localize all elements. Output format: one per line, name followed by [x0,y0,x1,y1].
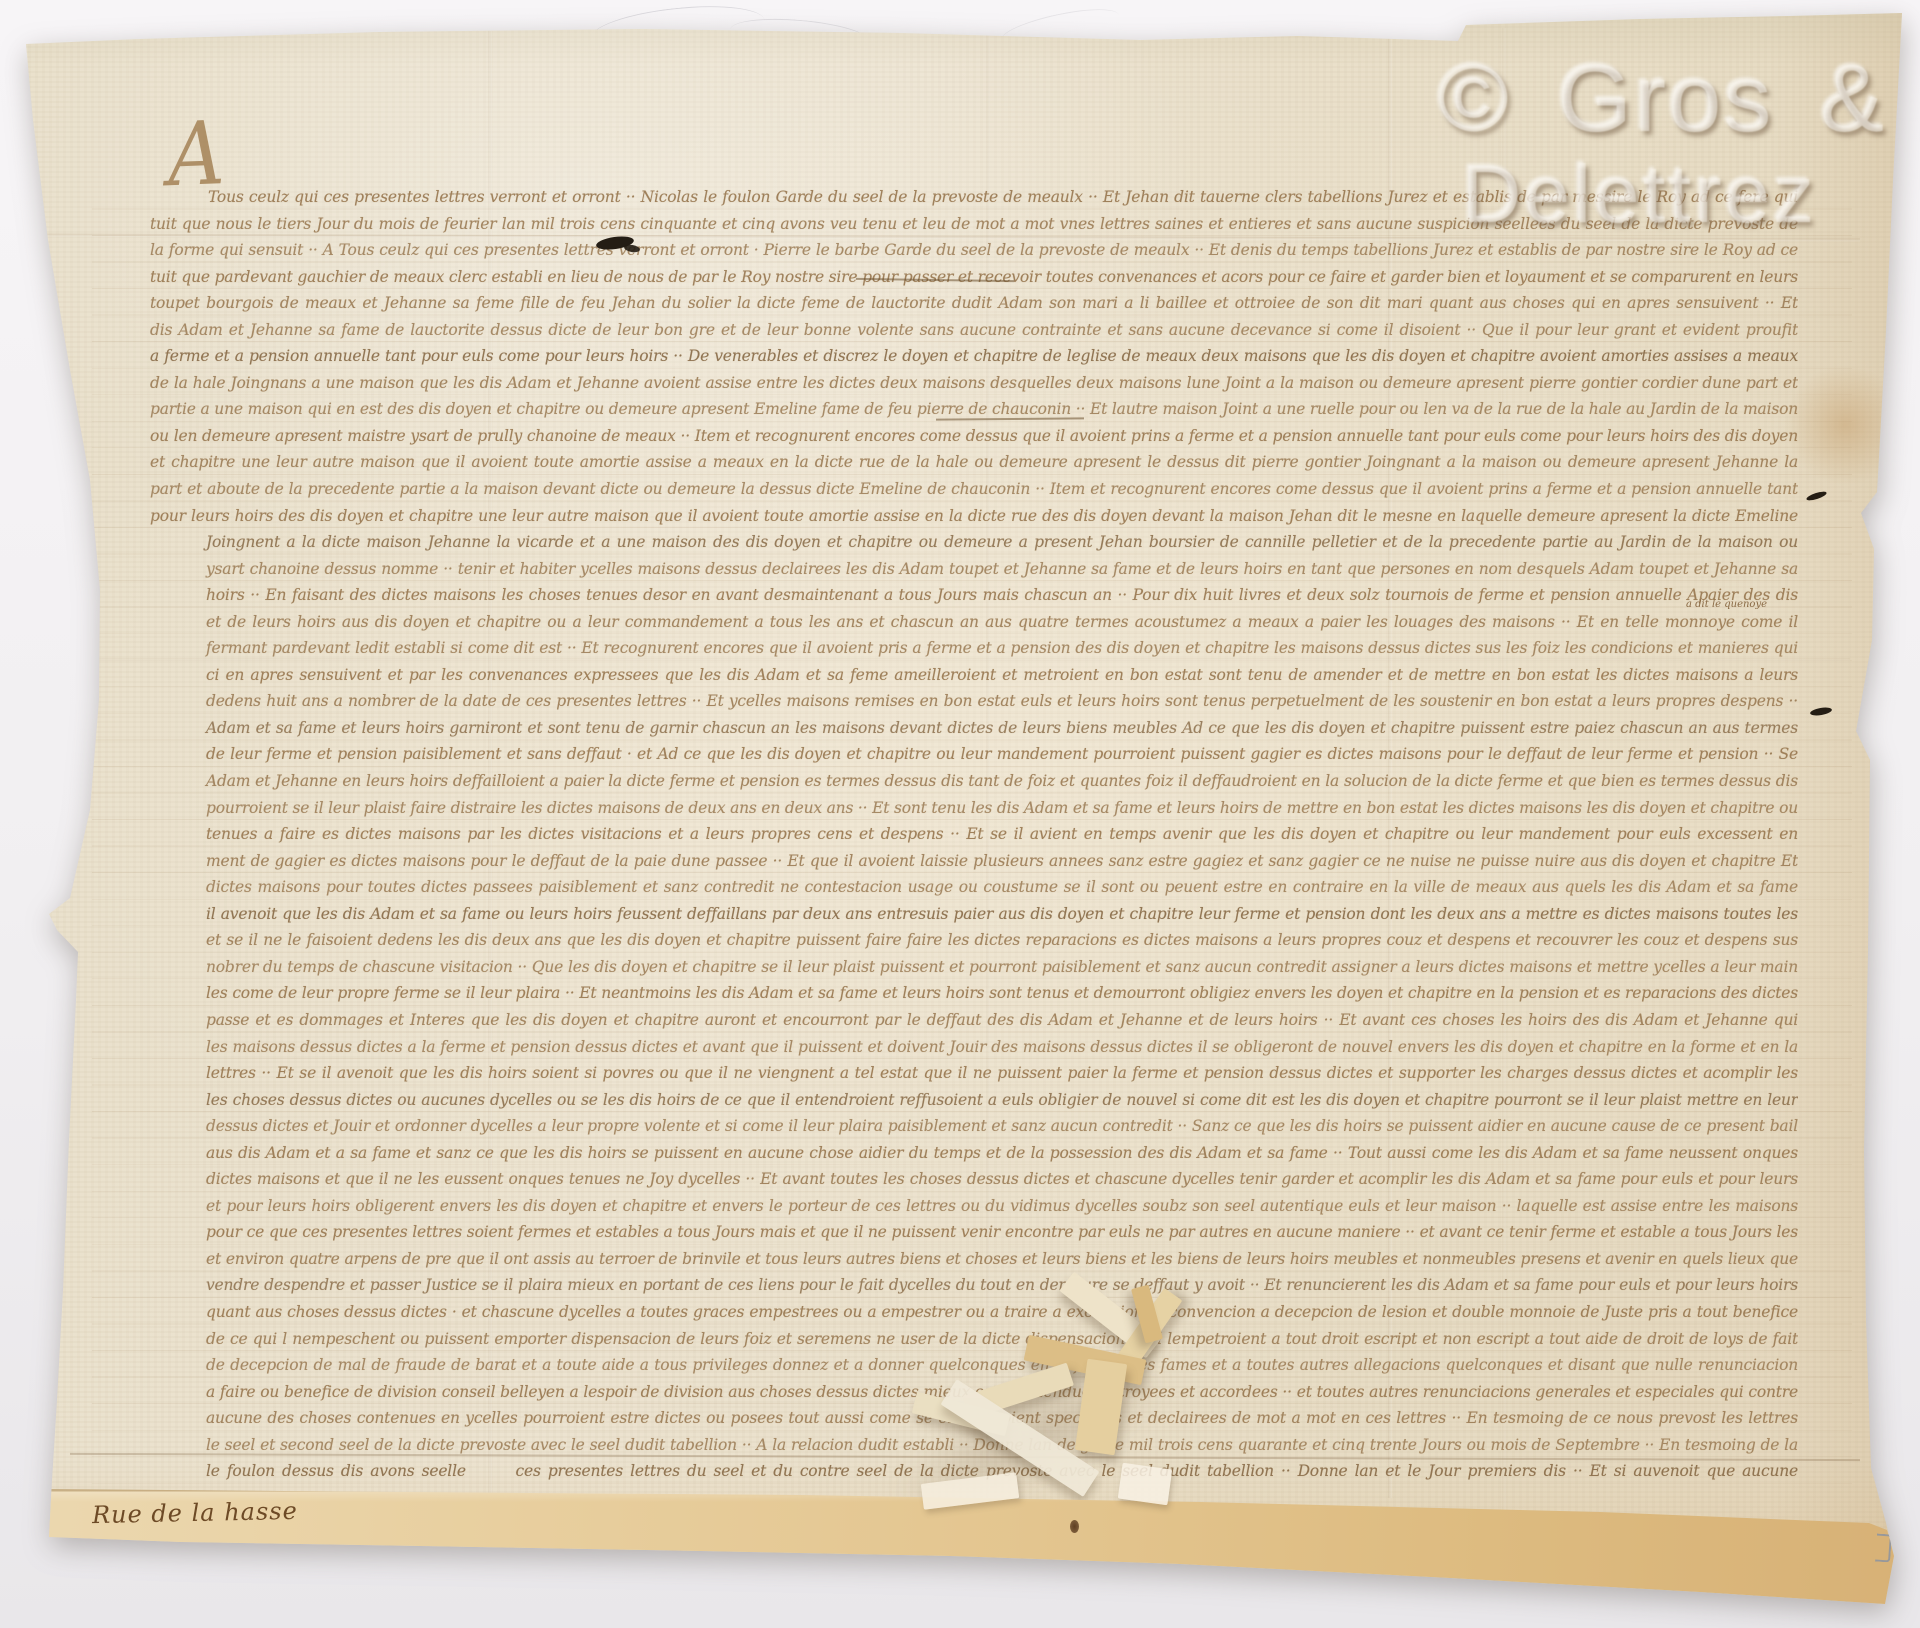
manuscript-line: dictes maisons et que il ne les eussent … [150,1166,1798,1193]
manuscript-line: les choses dessus dictes ou aucunes dyce… [150,1087,1798,1114]
manuscript-text: Tous ceulz qui ces presentes lettres ver… [150,184,1798,1485]
seal-tag-strip [1075,1359,1127,1456]
manuscript-line: dessus dictes et Jouir et ordonner dycel… [150,1113,1798,1140]
manuscript-line: tenues a faire es dictes maisons par les… [150,821,1798,848]
manuscript-line: dis Adam et Jehanne sa fame de lauctorit… [150,317,1798,344]
photo-stage: A Tous ceulz qui ces presentes lettres v… [0,0,1920,1628]
manuscript-line: ysart chanoine dessus nomme ·· tenir et … [150,556,1798,583]
manuscript-line: ment de gagier es dictes maisons pour le… [150,848,1798,875]
manuscript-line: ou len demeure apresent maistre ysart de… [150,423,1798,450]
manuscript-line: Adam et sa fame et leurs hoirs garniront… [150,715,1798,742]
manuscript-line: hoirs ·· En faisant des dictes maisons l… [150,582,1798,609]
manuscript-line: nobrer du temps de chascune visitacion ·… [150,954,1798,981]
manuscript-line: les maisons dessus dictes a la ferme et … [150,1034,1798,1061]
manuscript-line: Adam et Jehanne en leurs hoirs deffaillo… [150,768,1798,795]
manuscript-line: ci en apres sensuivent et par les conven… [150,662,1798,689]
manuscript-line: et chapitre une leur autre maison que il… [150,449,1798,476]
manuscript-line: dedens huit ans a nombrer de la date de … [150,688,1798,715]
manuscript-line: et de leurs hoirs aus dis doyen et chapi… [150,609,1798,636]
seal-tag-strip [1118,1463,1173,1506]
decorated-initial: A [167,110,226,200]
manuscript-line: et environ quatre arpens de pre que il o… [150,1246,1798,1273]
metal-clip [1875,1534,1892,1563]
manuscript-line: lettres ·· Et se il avenoit que les dis … [150,1060,1798,1087]
manuscript-line: tuit que pardevant gauchier de meaux cle… [150,264,1798,291]
manuscript-line: de leur ferme et pension paisiblement et… [150,741,1798,768]
manuscript-line: passe et es dommages et Interes que les … [150,1007,1798,1034]
parchment-charter: A Tous ceulz qui ces presentes lettres v… [0,0,1920,1628]
manuscript-line: pourroient se il leur plaist faire distr… [150,795,1798,822]
manuscript-line: dictes maisons pour toutes dictes passee… [150,874,1798,901]
manuscript-line: toupet bourgois de meaux et Jehanne sa f… [150,290,1798,317]
interlinear-correction: a dit le quenoye [1686,599,1826,610]
watermark-line1: © Gros & [1438,44,1886,154]
manuscript-line: de la hale Joingnans a une maison que le… [150,370,1798,397]
parchment-shadow-wrap: A Tous ceulz qui ces presentes lettres v… [0,0,1920,1628]
parchment-hole [1070,1520,1079,1533]
manuscript-line: les come de leur propre ferme se il leur… [150,980,1798,1007]
manuscript-line: pour ce que ces presentes lettres soient… [150,1219,1798,1246]
manuscript-line: part et aboute de la precedente partie a… [150,476,1798,503]
watermark-line2: Delettrez [1462,148,1817,242]
manuscript-line: fermant pardevant ledit establi si come … [150,635,1798,662]
manuscript-line: et se il ne le faisoient dedens les dis … [150,927,1798,954]
manuscript-line: a ferme et a pension annuelle tant pour … [150,343,1798,370]
manuscript-line: aus dis Adam et a sa fame et sanz ce que… [150,1140,1798,1167]
manuscript-line: Joingnent a la dicte maison Jehanne la v… [150,529,1798,556]
manuscript-line: et pour leurs hoirs obligerent envers le… [150,1193,1798,1220]
manuscript-line: pour leurs hoirs des dis doyen et chapit… [150,503,1798,530]
manuscript-line: il avenoit que les dis Adam et sa fame o… [150,901,1798,928]
